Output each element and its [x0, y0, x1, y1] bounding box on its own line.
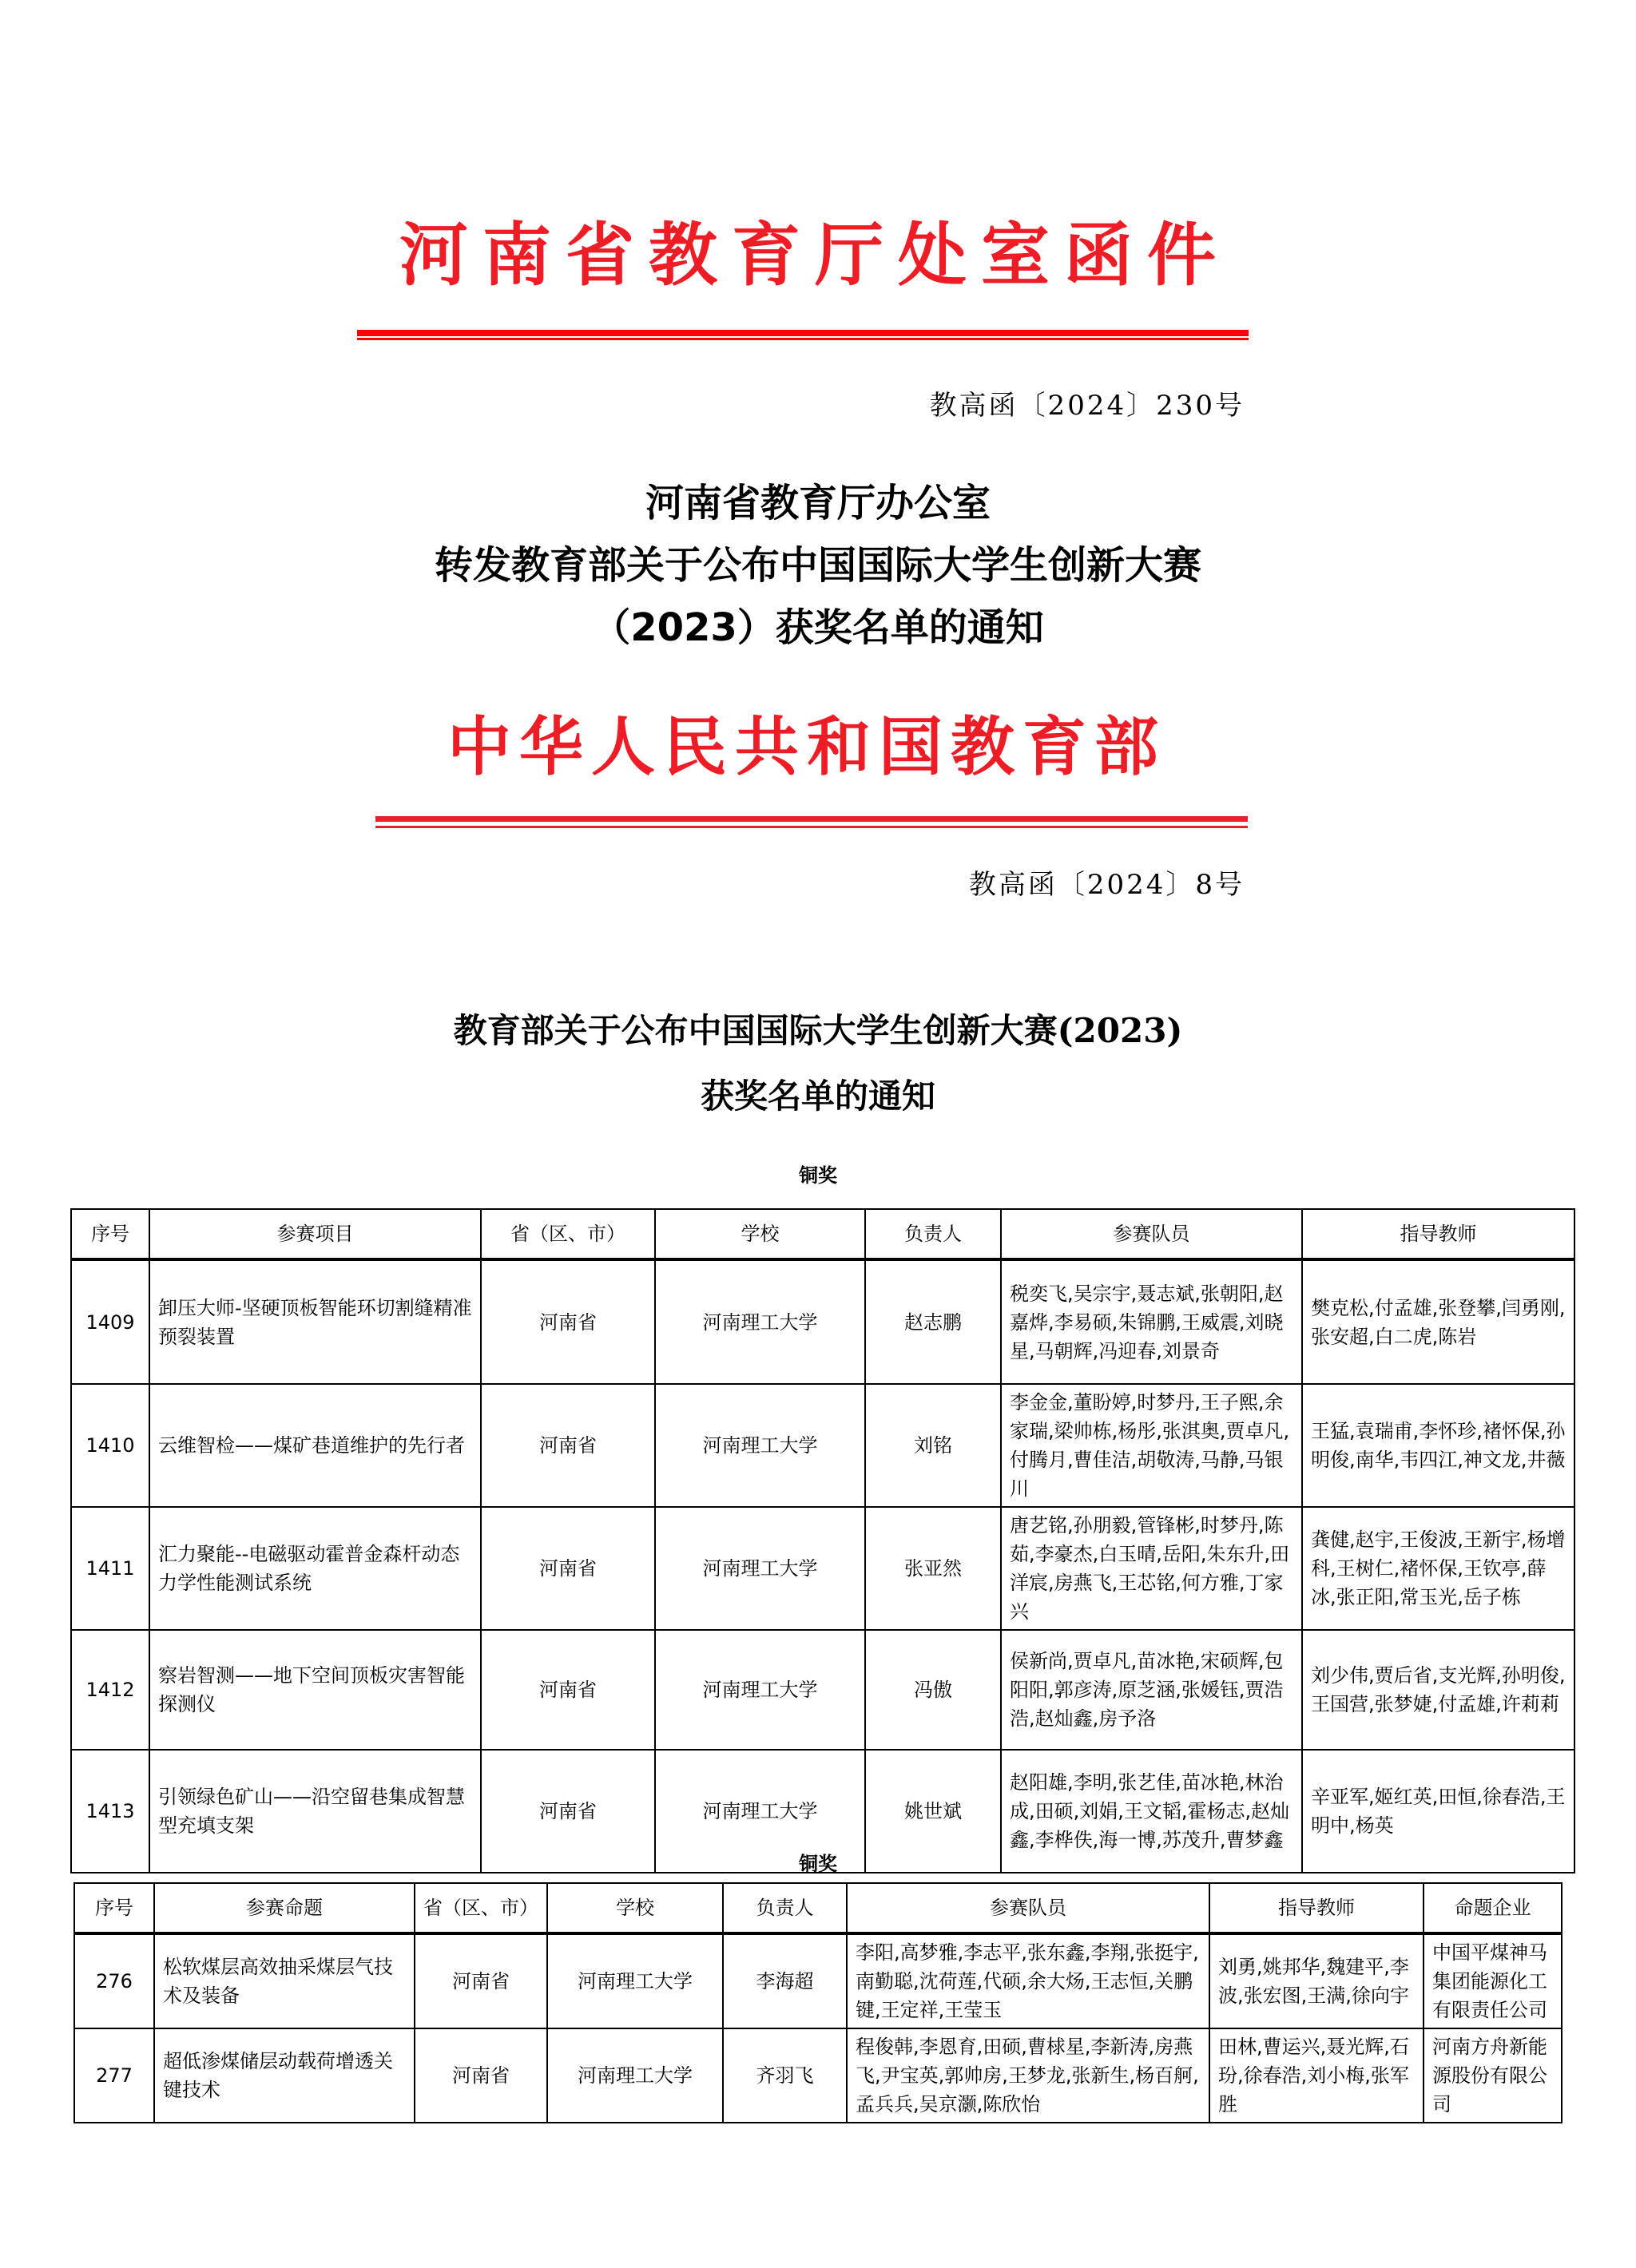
cell-advisors: 樊克松,付孟雄,张登攀,闫勇刚,张安超,白二虎,陈岩 [1302, 1259, 1574, 1384]
cell-proposition: 超低渗煤储层动载荷增透关键技术 [154, 2028, 415, 2123]
forward-title-line2: 转发教育部关于公布中国国际大学生创新大赛 [0, 540, 1636, 591]
table-row: 1409 卸压大师-坚硬顶板智能环切割缝精准预裂装置 河南省 河南理工大学 赵志… [71, 1259, 1574, 1384]
cell-members: 程俊韩,李恩育,田硕,曹梂星,李新涛,房燕飞,尹宝英,郭帅房,王梦龙,张新生,杨… [847, 2028, 1209, 2123]
cell-leader: 刘铭 [865, 1384, 1001, 1507]
cell-advisors: 刘少伟,贾后省,支光辉,孙明俊,王国营,张梦婕,付孟雄,许莉莉 [1302, 1630, 1574, 1750]
cell-members: 李阳,高梦雅,李志平,张东鑫,李翔,张挺宇,南勤聪,沈荷莲,代硕,余大炀,王志恒… [847, 1933, 1209, 2028]
col-header-advisors: 指导教师 [1302, 1209, 1574, 1259]
provincial-letterhead-title: 河南省教育厅处室函件 [351, 212, 1278, 299]
cell-advisors: 田林,曹运兴,聂光辉,石玢,徐春浩,刘小梅,张军胜 [1209, 2028, 1424, 2123]
col-header-no: 序号 [74, 1883, 154, 1933]
cell-province: 河南省 [481, 1384, 655, 1507]
cell-school: 河南理工大学 [655, 1507, 865, 1630]
provincial-doc-number: 教高函〔2024〕230号 [930, 383, 1245, 422]
table-row: 1412 察岩智测——地下空间顶板灾害智能探测仪 河南省 河南理工大学 冯傲 侯… [71, 1630, 1574, 1750]
cell-province: 河南省 [481, 1507, 655, 1630]
notice-title-line1: 教育部关于公布中国国际大学生创新大赛(2023) [0, 1005, 1636, 1053]
cell-leader: 张亚然 [865, 1507, 1001, 1630]
table-row: 277 超低渗煤储层动载荷增透关键技术 河南省 河南理工大学 齐羽飞 程俊韩,李… [74, 2028, 1562, 2123]
notice-title-line2: 获奖名单的通知 [0, 1070, 1636, 1118]
col-header-province: 省（区、市） [481, 1209, 655, 1259]
cell-leader: 赵志鹏 [865, 1259, 1001, 1384]
table-row: 276 松软煤层高效抽采煤层气技术及装备 河南省 河南理工大学 李海超 李阳,高… [74, 1933, 1562, 2028]
ministry-red-rule [375, 816, 1248, 822]
cell-company: 中国平煤神马集团能源化工有限责任公司 [1424, 1933, 1562, 2028]
cell-members: 李金金,董盼婷,时梦丹,王子熙,余家瑞,梁帅栋,杨彤,张淇奥,贾卓凡,付腾月,曹… [1001, 1384, 1302, 1507]
award-level-label: 铜奖 [0, 1160, 1636, 1188]
cell-school: 河南理工大学 [655, 1630, 865, 1750]
cell-no: 1412 [71, 1630, 149, 1750]
table-header-row: 序号 参赛命题 省（区、市） 学校 负责人 参赛队员 指导教师 命题企业 [74, 1883, 1562, 1933]
cell-proposition: 松软煤层高效抽采煤层气技术及装备 [154, 1933, 415, 2028]
cell-province: 河南省 [415, 1933, 547, 2028]
cell-school: 河南理工大学 [547, 1933, 723, 2028]
col-header-project: 参赛项目 [149, 1209, 481, 1259]
cell-province: 河南省 [481, 1630, 655, 1750]
provincial-red-rule-thin [357, 338, 1249, 340]
col-header-company: 命题企业 [1424, 1883, 1562, 1933]
table-header-row: 序号 参赛项目 省（区、市） 学校 负责人 参赛队员 指导教师 [71, 1209, 1574, 1259]
cell-members: 税奕飞,吴宗宇,聂志斌,张朝阳,赵嘉烨,李易硕,朱锦鹏,王威震,刘晓星,马朝辉,… [1001, 1259, 1302, 1384]
cell-leader: 李海超 [723, 1933, 847, 2028]
col-header-school: 学校 [547, 1883, 723, 1933]
cell-school: 河南理工大学 [655, 1259, 865, 1384]
cell-no: 1410 [71, 1384, 149, 1507]
ministry-letterhead-title: 中华人民共和国教育部 [367, 703, 1246, 791]
cell-project: 云维智检——煤矿巷道维护的先行者 [149, 1384, 481, 1507]
ministry-doc-number: 教高函〔2024〕8号 [969, 862, 1245, 902]
col-header-members: 参赛队员 [847, 1883, 1209, 1933]
table-row: 1410 云维智检——煤矿巷道维护的先行者 河南省 河南理工大学 刘铭 李金金,… [71, 1384, 1574, 1507]
cell-project: 察岩智测——地下空间顶板灾害智能探测仪 [149, 1630, 481, 1750]
award-level-label-2: 铜奖 [0, 1848, 1636, 1876]
col-header-no: 序号 [71, 1209, 149, 1259]
col-header-leader: 负责人 [723, 1883, 847, 1933]
col-header-province: 省（区、市） [415, 1883, 547, 1933]
cell-no: 277 [74, 2028, 154, 2123]
cell-advisors: 龚健,赵宇,王俊波,王新宇,杨增科,王树仁,褚怀保,王钦亭,薛冰,张正阳,常玉光… [1302, 1507, 1574, 1630]
forward-title-line3: （2023）获奖名单的通知 [0, 602, 1636, 653]
cell-no: 1411 [71, 1507, 149, 1630]
cell-school: 河南理工大学 [655, 1384, 865, 1507]
col-header-school: 学校 [655, 1209, 865, 1259]
table-row: 1411 汇力聚能--电磁驱动霍普金森杆动态力学性能测试系统 河南省 河南理工大… [71, 1507, 1574, 1630]
col-header-members: 参赛队员 [1001, 1209, 1302, 1259]
cell-no: 276 [74, 1933, 154, 2028]
col-header-leader: 负责人 [865, 1209, 1001, 1259]
cell-members: 侯新尚,贾卓凡,苗冰艳,宋硕辉,包阳阳,郭彦涛,原芝涵,张媛钰,贾浩浩,赵灿鑫,… [1001, 1630, 1302, 1750]
cell-members: 唐艺铭,孙朋毅,管锋彬,时梦丹,陈茹,李豪杰,白玉晴,岳阳,朱东升,田洋宸,房燕… [1001, 1507, 1302, 1630]
cell-leader: 冯傲 [865, 1630, 1001, 1750]
ministry-red-rule-thin [375, 826, 1248, 828]
cell-advisors: 王猛,袁瑞甫,李怀珍,褚怀保,孙明俊,南华,韦四江,神文龙,井薇 [1302, 1384, 1574, 1507]
cell-advisors: 刘勇,姚邦华,魏建平,李波,张宏图,王满,徐向宇 [1209, 1933, 1424, 2028]
cell-company: 河南方舟新能源股份有限公司 [1424, 2028, 1562, 2123]
provincial-red-rule [357, 330, 1249, 336]
cell-no: 1409 [71, 1259, 149, 1384]
cell-project: 卸压大师-坚硬顶板智能环切割缝精准预裂装置 [149, 1259, 481, 1384]
award-table-propositions: 序号 参赛命题 省（区、市） 学校 负责人 参赛队员 指导教师 命题企业 276… [73, 1882, 1563, 2123]
cell-province: 河南省 [481, 1259, 655, 1384]
cell-school: 河南理工大学 [547, 2028, 723, 2123]
award-table-projects: 序号 参赛项目 省（区、市） 学校 负责人 参赛队员 指导教师 1409 卸压大… [70, 1208, 1575, 1873]
col-header-advisors: 指导教师 [1209, 1883, 1424, 1933]
forward-title-line1: 河南省教育厅办公室 [0, 478, 1636, 529]
cell-project: 汇力聚能--电磁驱动霍普金森杆动态力学性能测试系统 [149, 1507, 481, 1630]
col-header-proposition: 参赛命题 [154, 1883, 415, 1933]
cell-leader: 齐羽飞 [723, 2028, 847, 2123]
cell-province: 河南省 [415, 2028, 547, 2123]
